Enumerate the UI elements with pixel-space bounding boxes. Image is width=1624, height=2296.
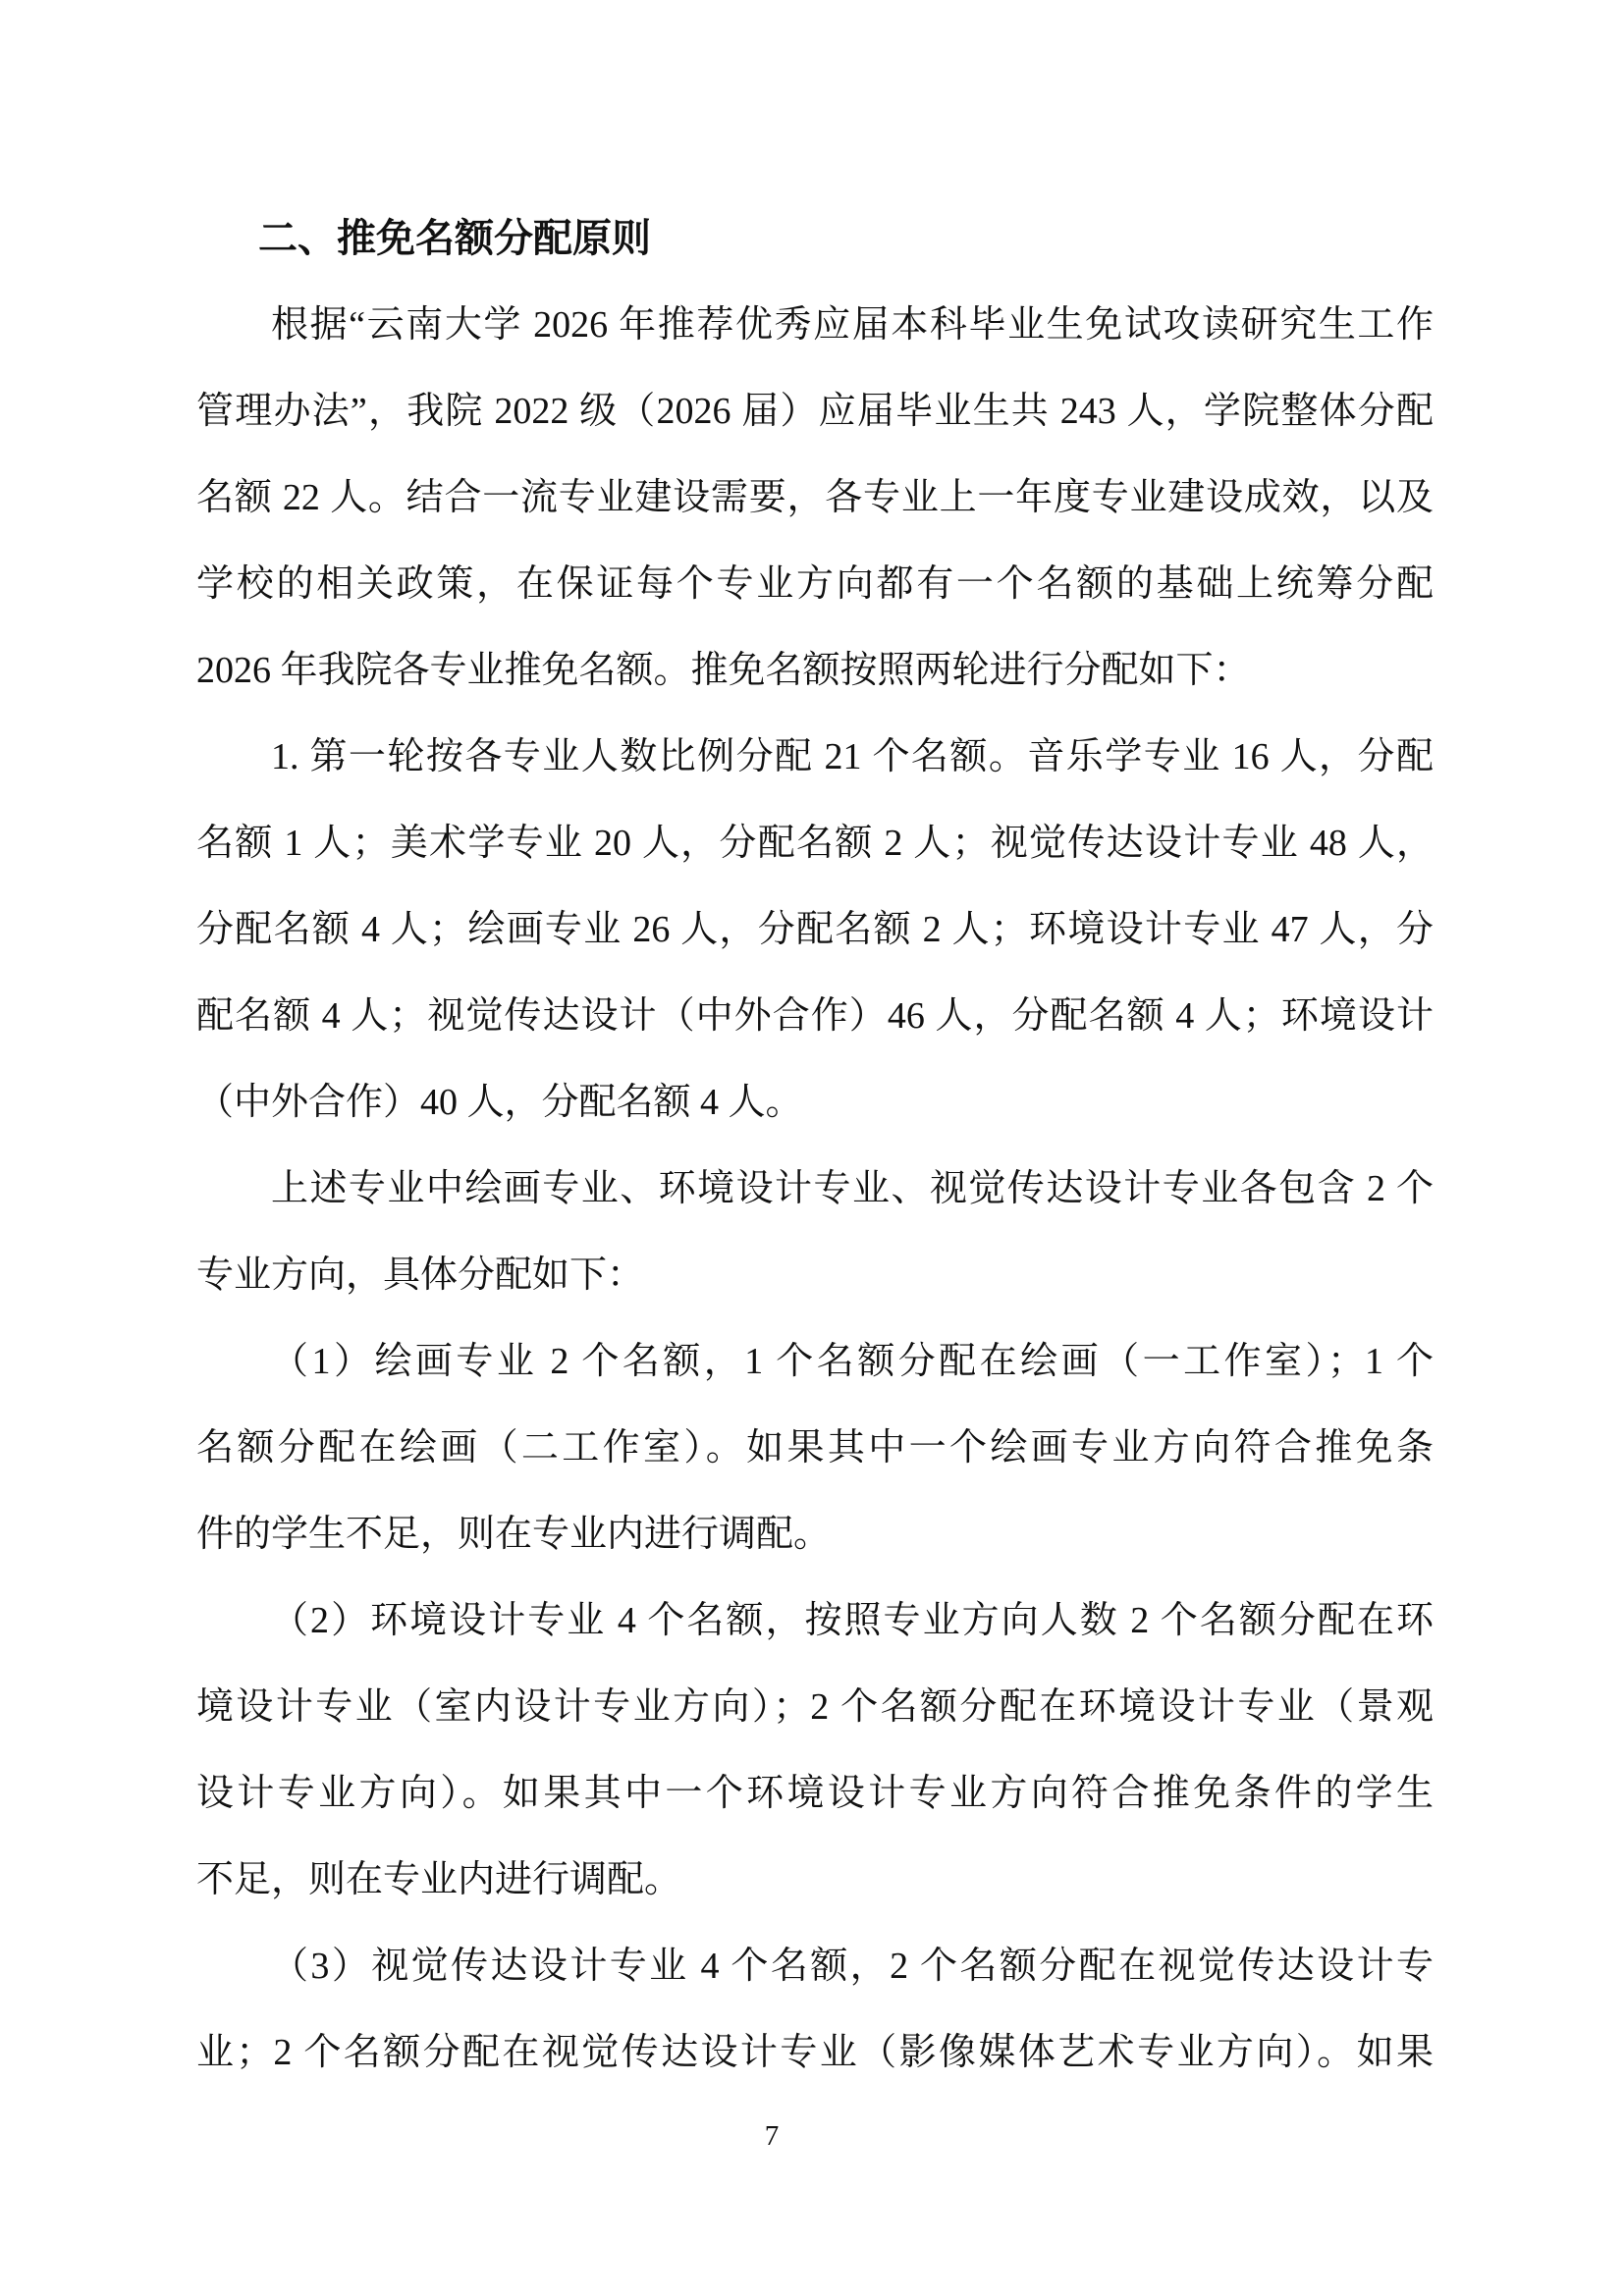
- body-line: （1）绘画专业 2 个名额，1 个名额分配在绘画（一工作室）；1 个: [196, 1318, 1434, 1405]
- document-body: 二、推免名额分配原则 根据“云南大学 2026 年推荐优秀应届本科毕业生免试攻读…: [196, 195, 1434, 2096]
- body-line: （3）视觉传达设计专业 4 个名额，2 个名额分配在视觉传达设计专: [196, 1923, 1434, 2009]
- body-line: 1. 第一轮按各专业人数比例分配 21 个名额。音乐学专业 16 人，分配: [196, 714, 1434, 800]
- body-line: 件的学生不足，则在专业内进行调配。: [196, 1491, 1434, 1577]
- body-line: 境设计专业（室内设计专业方向）；2 个名额分配在环境设计专业（景观: [196, 1664, 1434, 1750]
- page-number: 7: [157, 2116, 1386, 2156]
- body-line: 2026 年我院各专业推免名额。推免名额按照两轮进行分配如下：: [196, 627, 1434, 714]
- body-line: 分配名额 4 人；绘画专业 26 人，分配名额 2 人；环境设计专业 47 人，…: [196, 886, 1434, 973]
- body-line: 名额 1 人；美术学专业 20 人，分配名额 2 人；视觉传达设计专业 48 人…: [196, 800, 1434, 886]
- body-line: （中外合作）40 人，分配名额 4 人。: [196, 1059, 1434, 1146]
- body-line: （2）环境设计专业 4 个名额，按照专业方向人数 2 个名额分配在环: [196, 1577, 1434, 1664]
- body-line: 配名额 4 人；视觉传达设计（中外合作）46 人，分配名额 4 人；环境设计: [196, 973, 1434, 1059]
- document-page: 二、推免名额分配原则 根据“云南大学 2026 年推荐优秀应届本科毕业生免试攻读…: [0, 0, 1624, 2296]
- body-line: 专业方向，具体分配如下：: [196, 1232, 1434, 1318]
- body-line: 不足，则在专业内进行调配。: [196, 1837, 1434, 1923]
- body-line: 上述专业中绘画专业、环境设计专业、视觉传达设计专业各包含 2 个: [196, 1146, 1434, 1232]
- body-line: 名额 22 人。结合一流专业建设需要，各专业上一年度专业建设成效，以及: [196, 454, 1434, 541]
- body-line: 业；2 个名额分配在视觉传达设计专业（影像媒体艺术专业方向）。如果: [196, 2009, 1434, 2096]
- body-line: 设计专业方向）。如果其中一个环境设计专业方向符合推免条件的学生: [196, 1750, 1434, 1837]
- body-line: 管理办法”，我院 2022 级（2026 届）应届毕业生共 243 人，学院整体…: [196, 368, 1434, 454]
- body-line: 名额分配在绘画（二工作室）。如果其中一个绘画专业方向符合推免条: [196, 1405, 1434, 1491]
- body-line: 根据“云南大学 2026 年推荐优秀应届本科毕业生免试攻读研究生工作: [196, 282, 1434, 368]
- section-heading: 二、推免名额分配原则: [196, 195, 1434, 282]
- body-line: 学校的相关政策，在保证每个专业方向都有一个名额的基础上统筹分配: [196, 541, 1434, 627]
